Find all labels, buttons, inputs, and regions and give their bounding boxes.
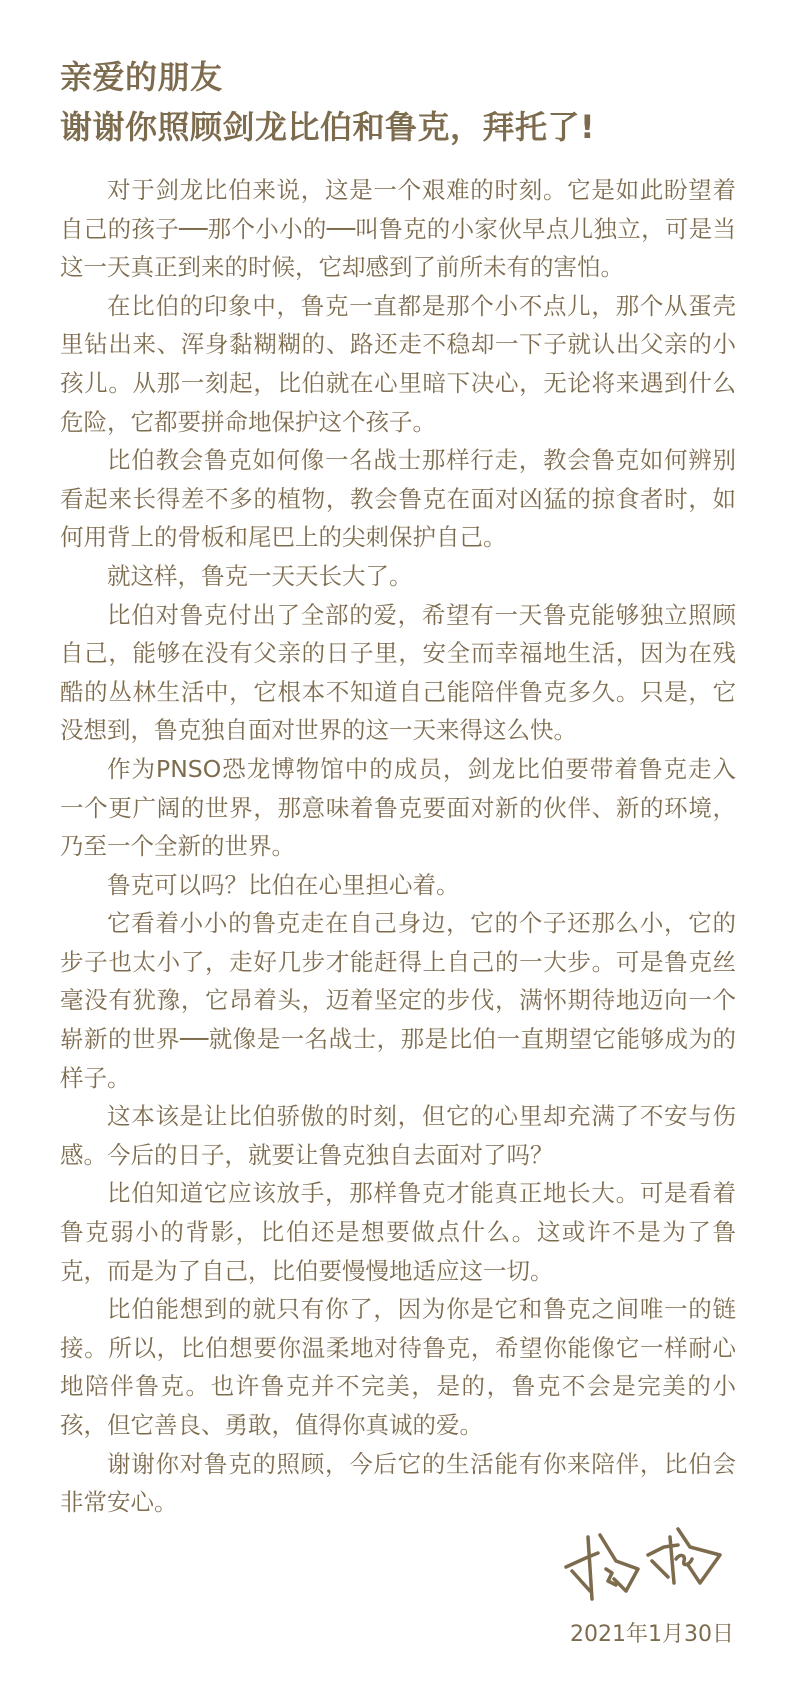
paragraph: 比伯对鲁克付出了全部的爱，希望有一天鲁克能够独立照顾自己，能够在没有父亲的日子里… — [60, 596, 736, 750]
letter-title: 亲爱的朋友 谢谢你照顾剑龙比伯和鲁克，拜托了! — [60, 52, 595, 152]
paragraph: 比伯能想到的就只有你了，因为你是它和鲁克之间唯一的链接。所以，比伯想要你温柔地对… — [60, 1290, 736, 1444]
paragraph: 就这样，鲁克一天天长大了。 — [60, 557, 736, 596]
letter-body: 对于剑龙比伯来说，这是一个艰难的时刻。它是如此盼望着自己的孩子──那个小小的──… — [60, 171, 736, 1522]
paragraph: 比伯教会鲁克如何像一名战士那样行走，教会鲁克如何辨别看起来长得差不多的植物，教会… — [60, 441, 736, 557]
paragraph: 作为PNSO恐龙博物馆中的成员，剑龙比伯要带着鲁克走入一个更广阔的世界，那意味着… — [60, 750, 736, 866]
signature-icon — [560, 1525, 740, 1605]
paragraph: 在比伯的印象中，鲁克一直都是那个小不点儿，那个从蛋壳里钻出来、浑身黏糊糊的、路还… — [60, 287, 736, 441]
paragraph: 它看着小小的鲁克走在自己身边，它的个子还那么小，它的步子也太小了，走好几步才能赶… — [60, 904, 736, 1097]
title-thanks: 谢谢你照顾剑龙比伯和鲁克，拜托了! — [60, 102, 595, 152]
paragraph: 对于剑龙比伯来说，这是一个艰难的时刻。它是如此盼望着自己的孩子──那个小小的──… — [60, 171, 736, 287]
paragraph: 鲁克可以吗？比伯在心里担心着。 — [60, 866, 736, 905]
title-greeting: 亲爱的朋友 — [60, 52, 595, 102]
paragraph: 比伯知道它应该放手，那样鲁克才能真正地长大。可是看着鲁克弱小的背影，比伯还是想要… — [60, 1174, 736, 1290]
paragraph: 谢谢你对鲁克的照顾，今后它的生活能有你来陪伴，比伯会非常安心。 — [60, 1445, 736, 1522]
letter-date: 2021年1月30日 — [570, 1617, 734, 1648]
paragraph: 这本该是让比伯骄傲的时刻，但它的心里却充满了不安与伤感。今后的日子，就要让鲁克独… — [60, 1097, 736, 1174]
